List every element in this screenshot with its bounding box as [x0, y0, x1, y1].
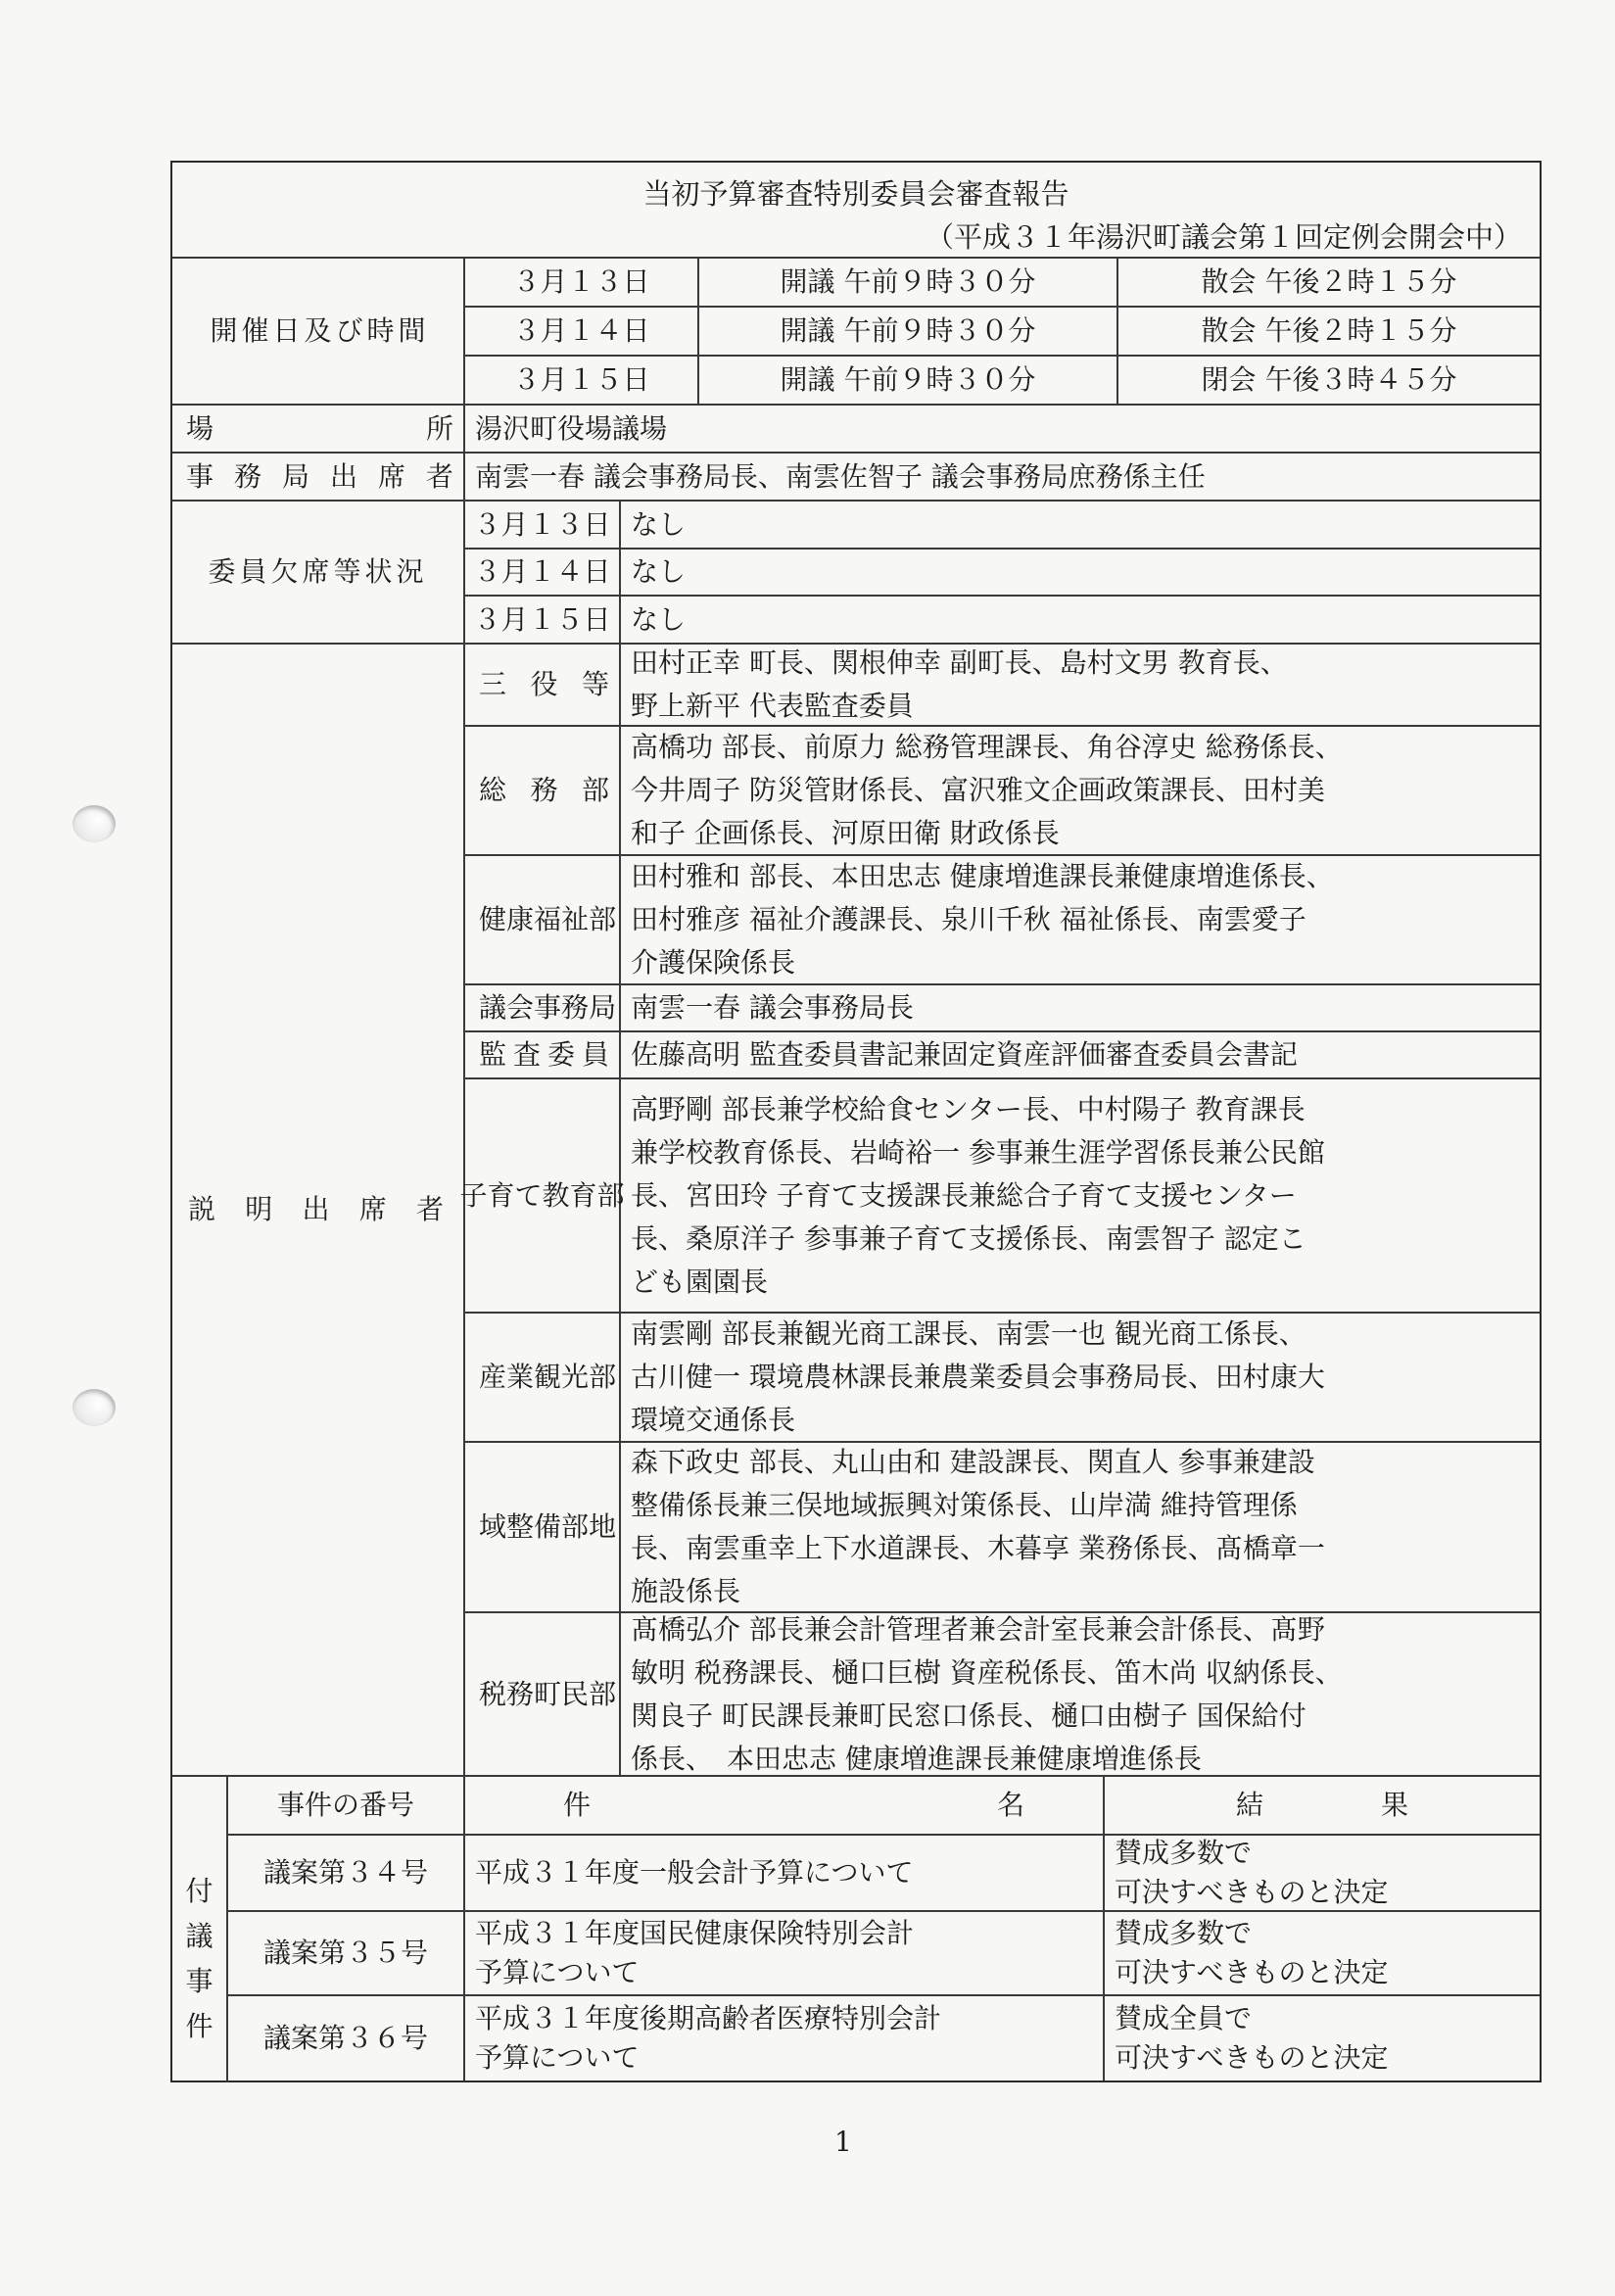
secretariat-value: 南雲一春 議会事務局長、南雲佐智子 議会事務局庶務係主任: [465, 454, 1540, 502]
agenda-row-1-name: 平成３１年度国民健康保険特別会計 予算について: [465, 1912, 1105, 1996]
dept-regional-development-members: 森下政史 部長、丸山由和 建設課長、関直人 参事兼建設 整備係長兼三俣地域振興対…: [621, 1443, 1540, 1613]
dept-health-welfare-members: 田村雅和 部長、本田忠志 健康増進課長兼健康増進係長、 田村雅彦 福祉介護課長、…: [621, 856, 1540, 985]
agenda-row-2-result: 賛成全員で 可決すべきものと決定: [1105, 1996, 1540, 2081]
place-label: 場 所: [172, 406, 465, 454]
agenda-row-0-name: 平成３１年度一般会計予算について: [465, 1836, 1105, 1912]
schedule-close-1: 散会 午後２時１５分: [1118, 308, 1540, 357]
dept-audit-members: 佐藤高明 監査委員書記兼固定資産評価審査委員会書記: [621, 1032, 1540, 1079]
dept-audit: 監 査 委 員: [465, 1032, 621, 1079]
report-header: 当初予算審査特別委員会審査報告 （平成３１年湯沢町議会第１回定例会開会中）: [172, 163, 1540, 259]
schedule-open-2: 開議 午前９時３０分: [699, 357, 1118, 406]
dept-executives: 三 役 等: [465, 645, 621, 727]
absence-date-1: ３月１４日: [465, 550, 621, 597]
place-value: 湯沢町役場議場: [465, 406, 1540, 454]
report-subtitle: （平成３１年湯沢町議会第１回定例会開会中）: [926, 215, 1522, 256]
schedule-label: 開催日及び時間: [172, 259, 465, 406]
schedule-open-1: 開議 午前９時３０分: [699, 308, 1118, 357]
report-title: 当初予算審査特別委員会審査報告: [172, 172, 1540, 213]
schedule-date-0: ３月１３日: [465, 259, 699, 308]
report-table: 当初予算審査特別委員会審査報告 （平成３１年湯沢町議会第１回定例会開会中） 開催…: [170, 161, 1542, 2082]
agenda-row-1-number: 議案第３５号: [228, 1912, 465, 1996]
page-number: 1: [834, 2126, 852, 2158]
dept-childcare-education-members: 高野剛 部長兼学校給食センター長、中村陽子 教育課長 兼学校教育係長、岩崎裕一 …: [621, 1079, 1540, 1314]
absence-date-2: ３月１５日: [465, 597, 621, 645]
dept-general-affairs-members: 高橋功 部長、前原力 総務管理課長、角谷淳史 総務係長、 今井周子 防災管財係長…: [621, 727, 1540, 856]
dept-general-affairs: 総 務 部: [465, 727, 621, 856]
absence-date-0: ３月１３日: [465, 502, 621, 550]
schedule-close-0: 散会 午後２時１５分: [1118, 259, 1540, 308]
agenda-header-number: 事件の番号: [228, 1777, 465, 1836]
absence-label: 委員欠席等状況: [172, 502, 465, 645]
punch-hole-bottom: [72, 1389, 116, 1426]
secretariat-label: 事 務 局 出 席 者: [172, 454, 465, 502]
agenda-label: 付 議 事 件: [172, 1777, 228, 2082]
explainers-label: 説 明 出 席 者: [172, 645, 465, 1777]
schedule-date-1: ３月１４日: [465, 308, 699, 357]
agenda-row-2-name: 平成３１年度後期高齢者医療特別会計 予算について: [465, 1996, 1105, 2081]
dept-industry-tourism: 産 業 観 光 部: [465, 1314, 621, 1443]
dept-tax-residents-members: 髙橋弘介 部長兼会計管理者兼会計室長兼会計係長、髙野 敏明 税務課長、樋口巨樹 …: [621, 1613, 1540, 1777]
agenda-row-0-number: 議案第３４号: [228, 1836, 465, 1912]
schedule-close-2: 閉会 午後３時４５分: [1118, 357, 1540, 406]
schedule-open-0: 開議 午前９時３０分: [699, 259, 1118, 308]
absence-value-0: なし: [621, 502, 1540, 550]
agenda-header-result: 結 果: [1105, 1777, 1540, 1836]
dept-childcare-education: 子育て教育部: [465, 1079, 621, 1314]
agenda-row-2-number: 議案第３６号: [228, 1996, 465, 2081]
punch-hole-top: [72, 805, 116, 842]
agenda-row-1-result: 賛成多数で 可決すべきものと決定: [1105, 1912, 1540, 1996]
agenda-header-name: 件 名: [465, 1777, 1105, 1836]
dept-regional-development: 域 整 備 部 地: [465, 1443, 621, 1613]
absence-value-1: なし: [621, 550, 1540, 597]
dept-council-office: 議 会 事 務 局: [465, 985, 621, 1032]
dept-tax-residents: 税 務 町 民 部: [465, 1613, 621, 1777]
dept-health-welfare: 健 康 福 祉 部: [465, 856, 621, 985]
dept-council-office-members: 南雲一春 議会事務局長: [621, 985, 1540, 1032]
agenda-row-0-result: 賛成多数で 可決すべきものと決定: [1105, 1836, 1540, 1912]
dept-executives-members: 田村正幸 町長、関根伸幸 副町長、島村文男 教育長、 野上新平 代表監査委員: [621, 645, 1540, 727]
schedule-date-2: ３月１５日: [465, 357, 699, 406]
absence-value-2: なし: [621, 597, 1540, 645]
dept-industry-tourism-members: 南雲剛 部長兼観光商工課長、南雲一也 観光商工係長、 古川健一 環境農林課長兼農…: [621, 1314, 1540, 1443]
